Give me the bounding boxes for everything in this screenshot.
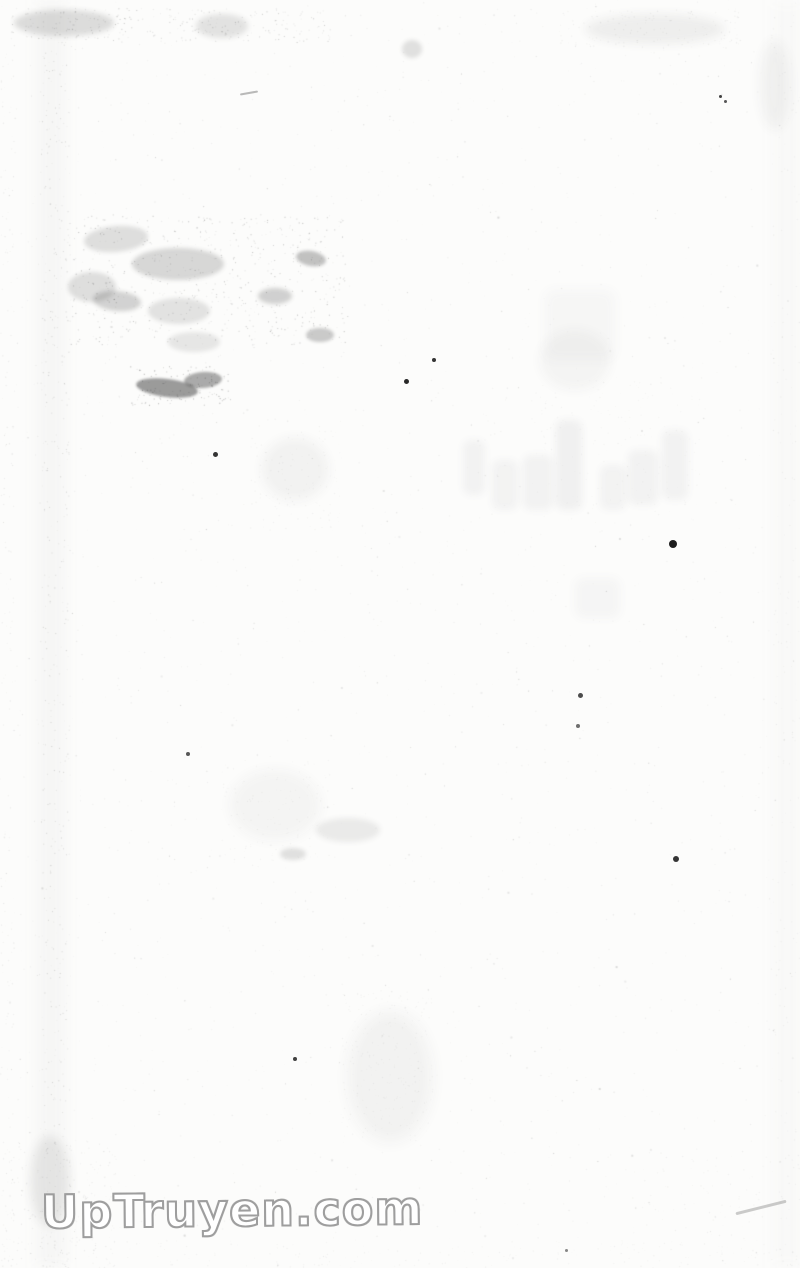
- ink-dot: [293, 1057, 297, 1061]
- ink-dot: [724, 100, 727, 103]
- bleedthrough-ghost-text: [463, 440, 485, 495]
- ink-dot: [669, 540, 677, 548]
- ink-smudge: [262, 438, 328, 500]
- bleedthrough-ghost-text: [523, 455, 553, 510]
- ink-smudge: [585, 14, 725, 44]
- ink-smudge: [295, 249, 327, 269]
- ink-smudge: [135, 375, 199, 400]
- ink-dot: [213, 452, 218, 457]
- ink-smudge: [68, 272, 116, 302]
- scan-artifacts-layer: [0, 0, 800, 1268]
- paper-grain-texture: [0, 0, 800, 1268]
- ink-smudge: [306, 328, 334, 342]
- scratch-mark: [240, 90, 258, 95]
- bleedthrough-ghost-text: [545, 290, 615, 360]
- ink-dot: [576, 724, 580, 728]
- ink-dot: [565, 1249, 568, 1252]
- ink-smudge: [148, 298, 210, 324]
- bleedthrough-ghost-text: [492, 460, 518, 510]
- ink-smudge: [540, 330, 610, 390]
- ink-dot: [404, 379, 409, 384]
- bleedthrough-ghost-text: [575, 578, 620, 618]
- ink-dot: [673, 856, 679, 862]
- ink-smudge: [316, 818, 380, 842]
- bleedthrough-ghost-text: [628, 450, 658, 505]
- bleedthrough-ghost-text: [556, 420, 582, 510]
- ink-smudge: [83, 223, 149, 254]
- ink-dot: [186, 752, 190, 756]
- ink-smudge: [183, 371, 222, 390]
- watermark-text: UpTruyen.com: [41, 1181, 424, 1239]
- ink-dot: [432, 358, 436, 362]
- ink-dot: [578, 693, 583, 698]
- ink-smudge: [280, 848, 306, 860]
- ink-smudge: [196, 14, 248, 38]
- page-edge-shade: [774, 0, 800, 1268]
- ink-smudge: [402, 40, 422, 58]
- scanned-page: UpTruyen.com: [0, 0, 800, 1268]
- ink-smudge: [258, 288, 292, 304]
- ink-dot: [719, 95, 722, 98]
- ink-smudge: [132, 248, 224, 280]
- bleedthrough-ghost-text: [600, 465, 626, 510]
- ink-smudge: [230, 770, 320, 840]
- bleedthrough-ghost-text: [662, 430, 688, 500]
- ink-smudge: [92, 289, 142, 313]
- ink-smudge: [348, 1012, 432, 1142]
- ink-smudge: [168, 332, 220, 352]
- scan-gutter-shadow: [36, 0, 66, 1268]
